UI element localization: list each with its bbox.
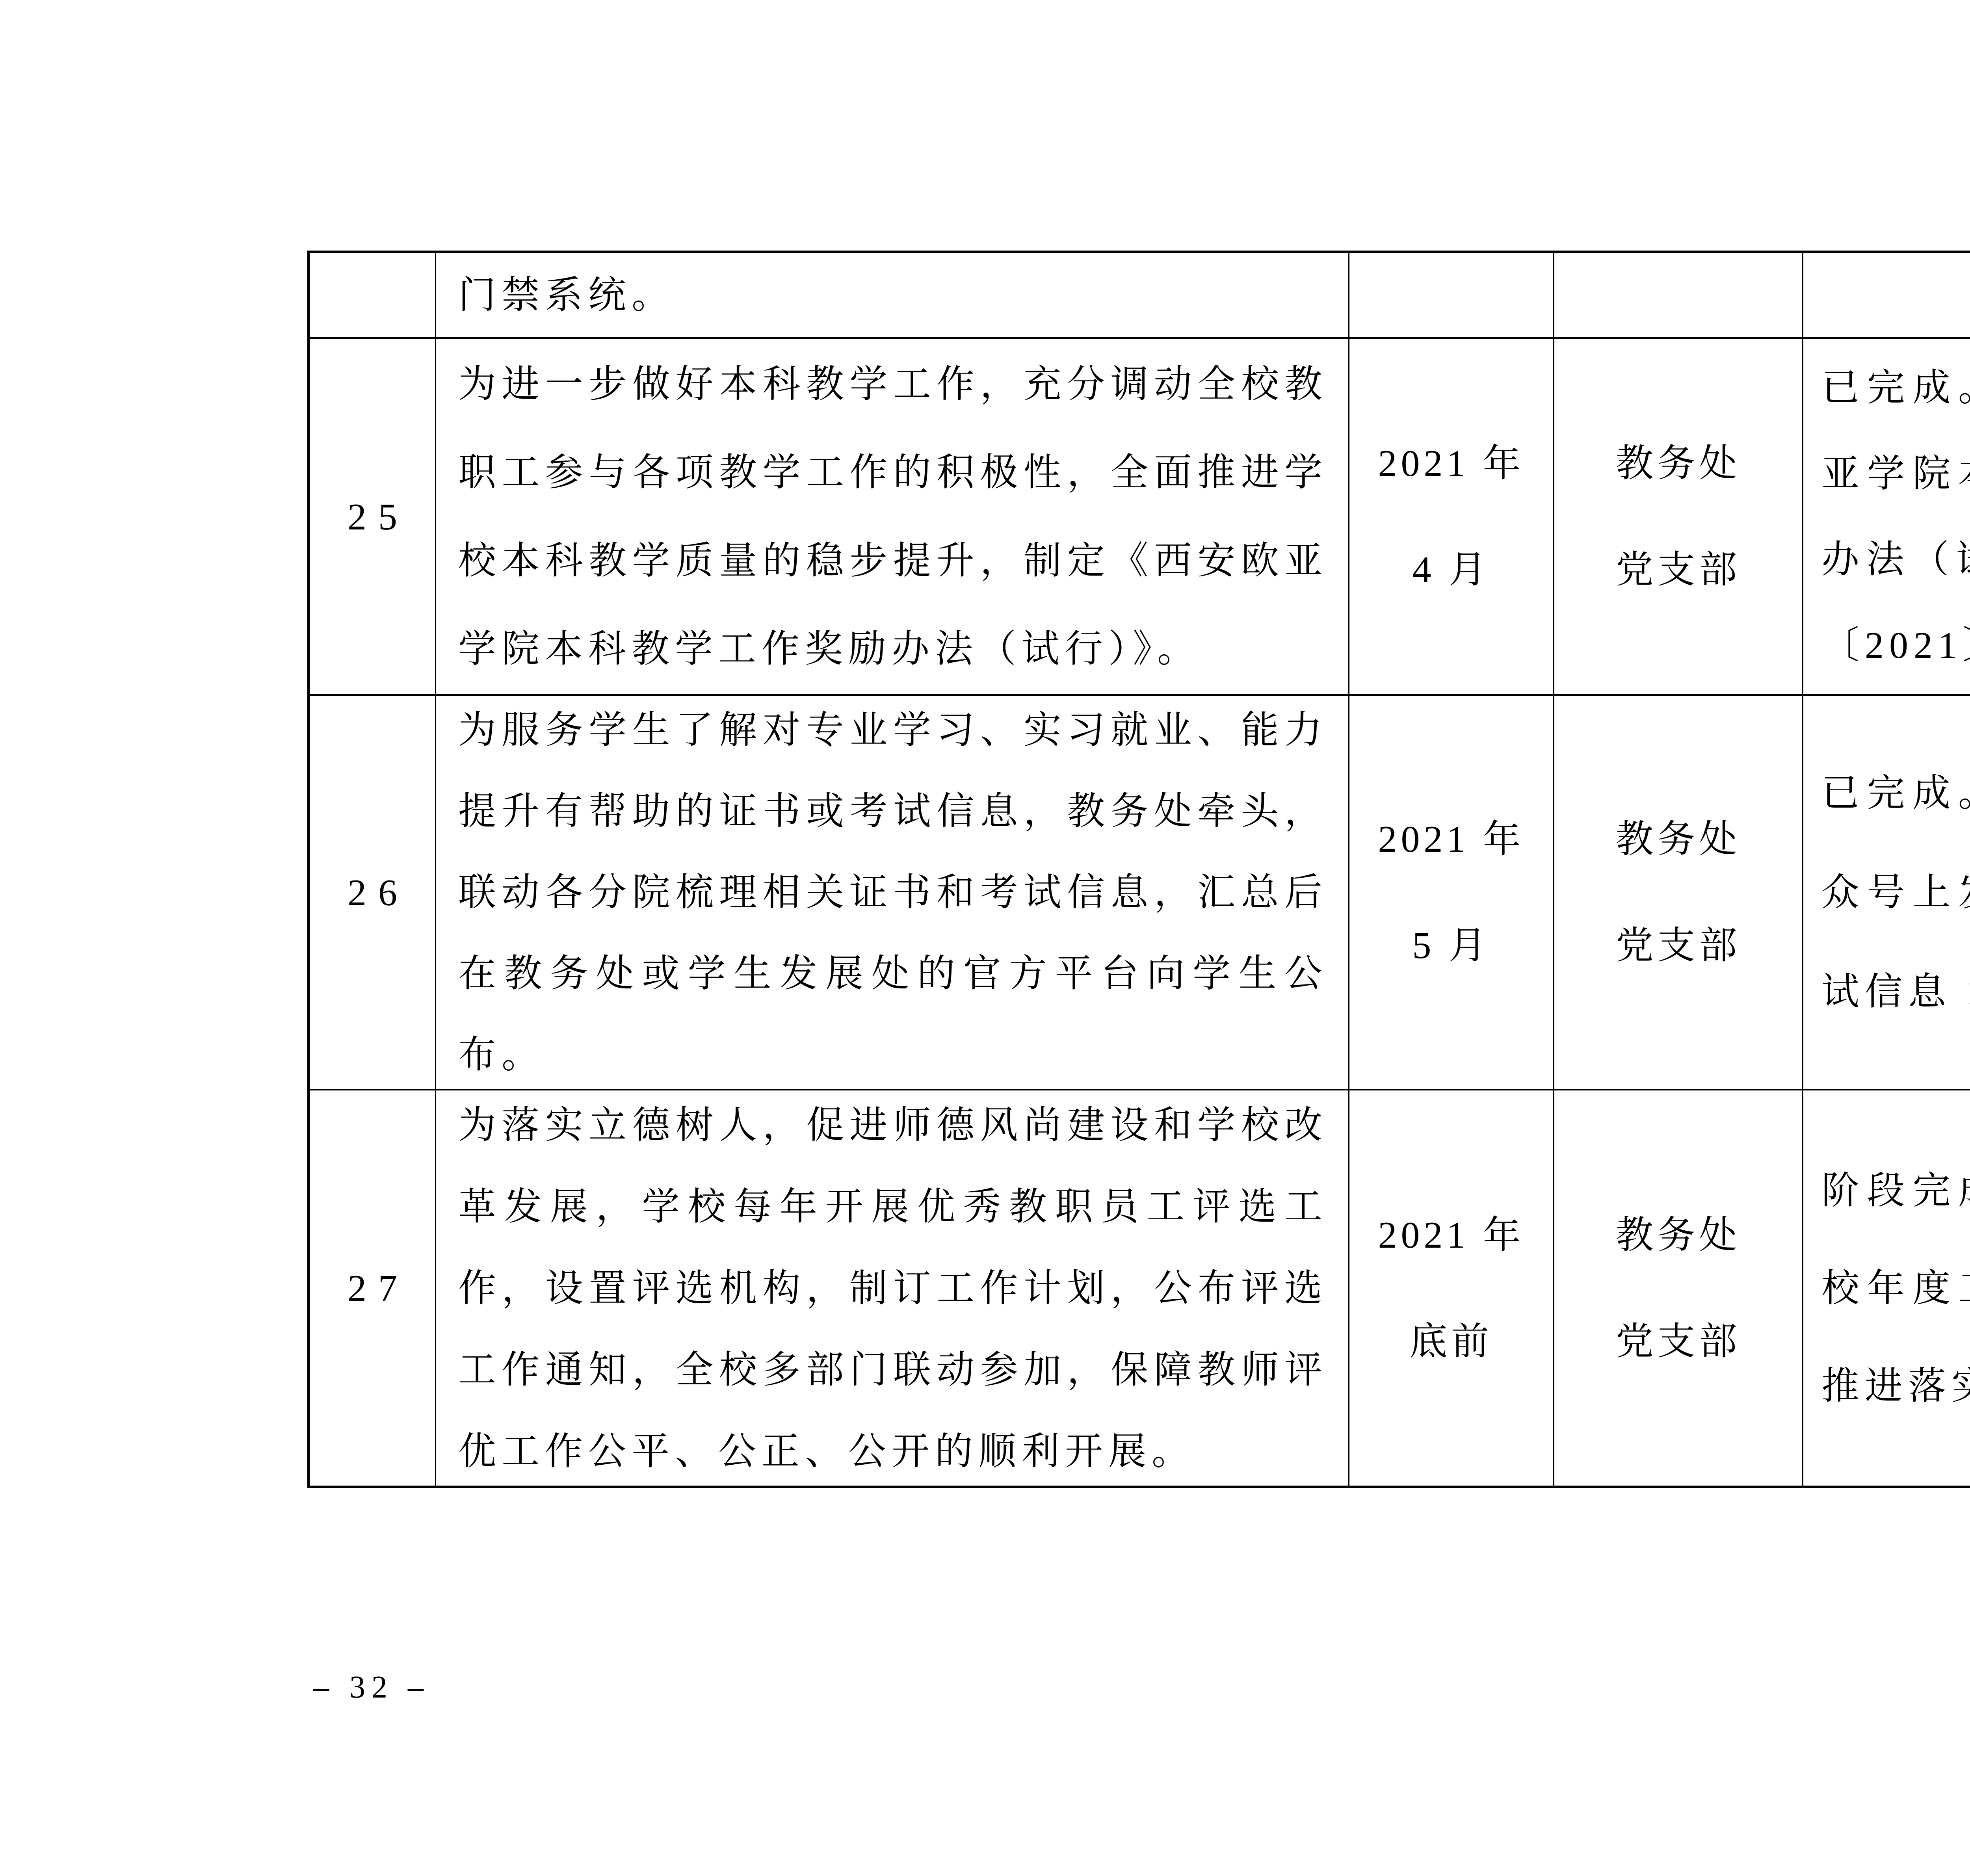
row-number-cell: 26 (310, 696, 436, 1090)
completion-status-cell: 已完成。在教务处微信公众号上发布相关证书及考试信息 184 条。 (1803, 696, 1970, 1090)
completion-status-cell: 已完成。印发了《西安欧亚学院本科教学工作奖励办法（试行）》（西欧教字〔2021〕… (1803, 339, 1970, 696)
row-number-cell: 25 (310, 339, 436, 696)
row-number: 26 (336, 871, 409, 914)
task-description-cell: 为进一步做好本科教学工作，充分调动全校教职工参与各项教学工作的积极性，全面推进学… (436, 339, 1349, 696)
department-cell: 教务处 党支部 (1554, 339, 1803, 696)
task-description: 为落实立德树人，促进师德风尚建设和学校改革发展，学校每年开展优秀教职员工评选工作… (436, 1090, 1348, 1486)
date-line: 5 月 (1349, 892, 1553, 999)
completion-date-cell: 2021 年 4 月 (1349, 339, 1554, 696)
row-number-cell: 27 (310, 1090, 436, 1486)
task-description-cell: 门禁系统。 (436, 253, 1349, 339)
document-page: 门禁系统。 25 为进一步做好本科教学工作，充分调动全校教职工参与各项教学工作的… (0, 0, 1970, 1876)
department-line: 党支部 (1554, 892, 1802, 999)
department-line: 教务处 (1554, 1182, 1802, 1288)
date-line: 2021 年 (1349, 786, 1553, 892)
department-cell: 教务处 党支部 (1554, 696, 1803, 1090)
page-number: – 32 – (313, 1670, 430, 1705)
completion-status-cell: 阶段完成情况。已纳入学校年度工作计划，下学期推进落实。 (1803, 1090, 1970, 1486)
department-line: 教务处 (1554, 786, 1802, 892)
task-description: 门禁系统。 (436, 254, 1348, 336)
progress-table: 门禁系统。 25 为进一步做好本科教学工作，充分调动全校教职工参与各项教学工作的… (307, 251, 1970, 1488)
completion-status-cell (1803, 253, 1970, 339)
department-line: 党支部 (1554, 1288, 1802, 1395)
date-line: 4 月 (1349, 516, 1553, 623)
task-description: 为服务学生了解对专业学习、实习就业、能力提升有帮助的证书或考试信息，教务处牵头，… (436, 696, 1348, 1090)
task-description-cell: 为服务学生了解对专业学习、实习就业、能力提升有帮助的证书或考试信息，教务处牵头，… (436, 696, 1349, 1090)
completion-date-cell: 2021 年 5 月 (1349, 696, 1554, 1090)
row-number-cell (310, 253, 436, 339)
date-line: 2021 年 (1349, 1182, 1553, 1288)
completion-date-cell (1349, 253, 1554, 339)
department-line: 党支部 (1554, 516, 1802, 623)
date-line: 2021 年 (1349, 410, 1553, 516)
completion-status: 已完成。在教务处微信公众号上发布相关证书及考试信息 184 条。 (1803, 743, 1970, 1041)
department-cell (1554, 253, 1803, 339)
completion-date-cell: 2021 年 底前 (1349, 1090, 1554, 1486)
task-description-cell: 为落实立德树人，促进师德风尚建设和学校改革发展，学校每年开展优秀教职员工评选工作… (436, 1090, 1349, 1486)
department-line: 教务处 (1554, 410, 1802, 516)
row-number: 27 (336, 1266, 409, 1310)
date-line: 底前 (1349, 1288, 1553, 1395)
completion-status: 阶段完成情况。已纳入学校年度工作计划，下学期推进落实。 (1803, 1142, 1970, 1435)
task-description: 为进一步做好本科教学工作，充分调动全校教职工参与各项教学工作的积极性，全面推进学… (436, 340, 1348, 693)
row-number: 25 (336, 495, 409, 539)
completion-status: 已完成。印发了《西安欧亚学院本科教学工作奖励办法（试行）》（西欧教字〔2021〕… (1803, 345, 1970, 688)
department-cell: 教务处 党支部 (1554, 1090, 1803, 1486)
